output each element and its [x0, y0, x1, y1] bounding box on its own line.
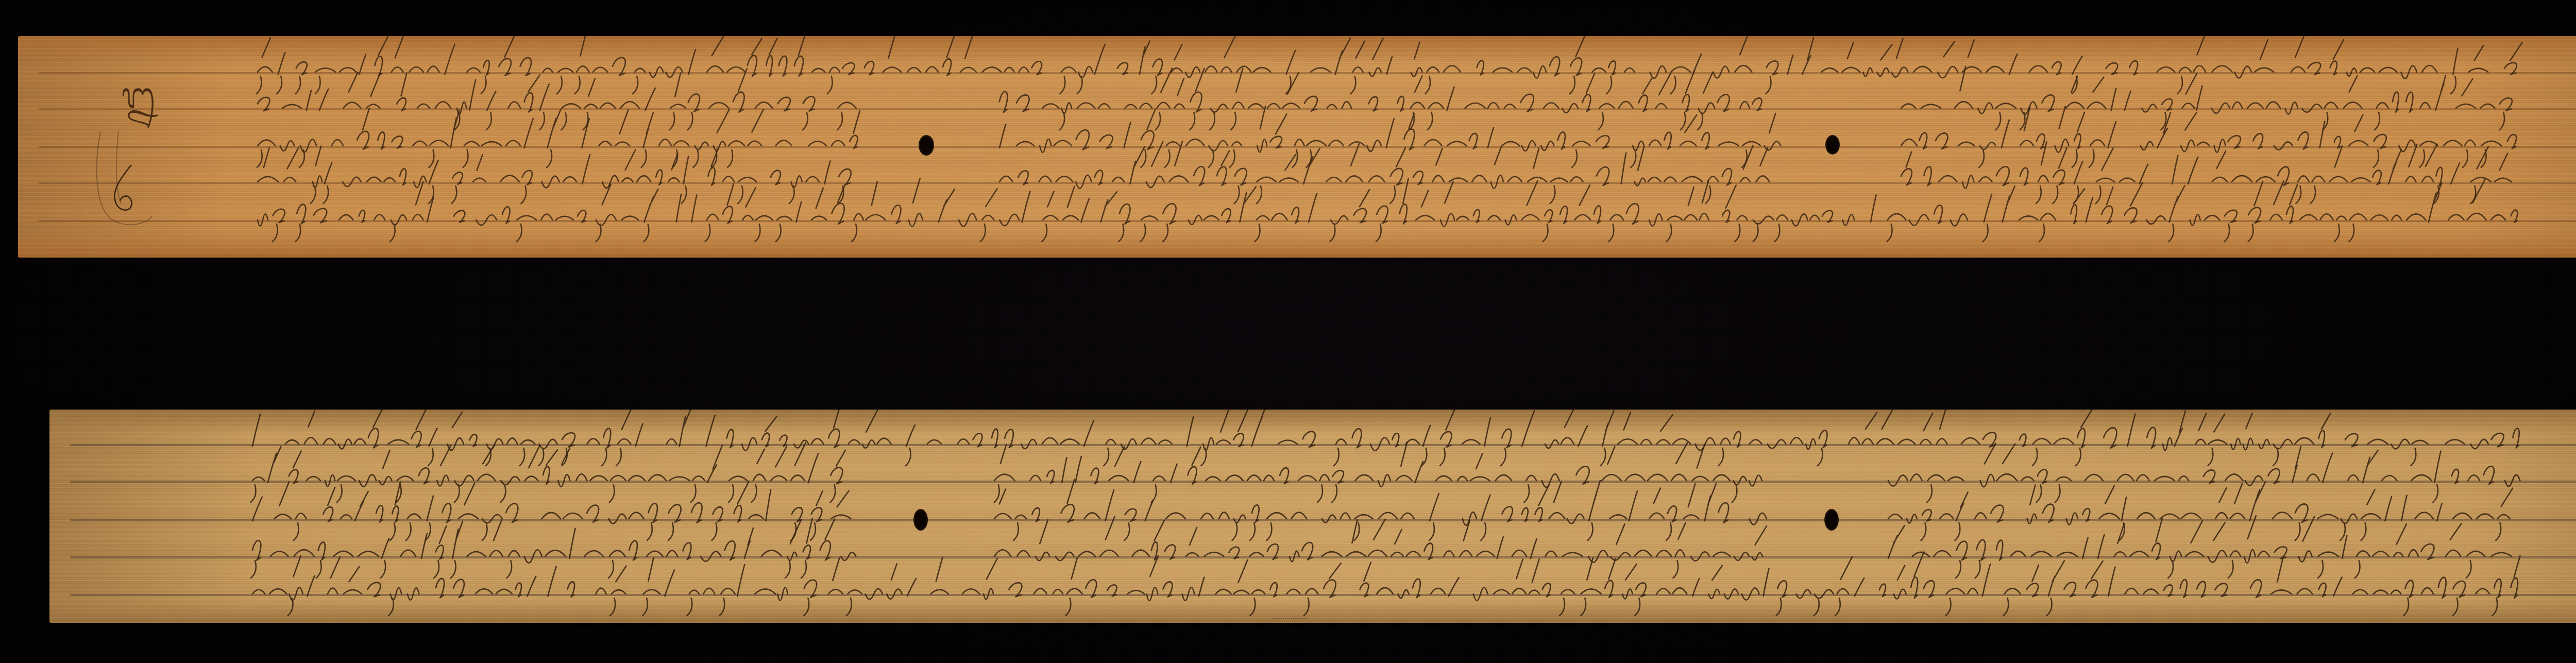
script-line	[252, 410, 2519, 466]
script-line	[999, 106, 1781, 167]
script-line	[257, 108, 860, 167]
string-hole	[1825, 135, 1840, 155]
string-hole	[919, 135, 934, 156]
script-line	[258, 69, 856, 130]
script-line	[251, 519, 856, 578]
script-line	[1888, 444, 2520, 502]
script-line	[258, 178, 2517, 242]
script-line	[1901, 66, 2512, 130]
ink-stamp	[1273, 618, 1309, 622]
script-line	[1888, 516, 2512, 578]
script-line	[1888, 482, 2513, 540]
palm-leaf-bottom	[49, 410, 2576, 623]
leaf-number-numeral: ᭒	[121, 70, 155, 134]
script-line	[1901, 107, 2516, 167]
margin-ornament-icon	[90, 126, 157, 229]
black-velvet-background: ᭒	[0, 0, 2576, 663]
script-line	[994, 442, 1762, 502]
script-line	[258, 146, 851, 203]
script-line	[251, 443, 845, 502]
script-line	[994, 516, 1767, 578]
script-line	[1901, 142, 2511, 203]
manuscript-text	[49, 410, 2576, 623]
script-line	[994, 480, 1767, 540]
script-line	[999, 68, 1762, 130]
string-hole	[913, 509, 928, 531]
script-line	[257, 36, 2522, 94]
palm-leaf-top: ᭒	[18, 36, 2576, 258]
manuscript-text	[18, 36, 2576, 258]
string-hole	[1824, 509, 1839, 531]
script-line	[252, 552, 2520, 616]
